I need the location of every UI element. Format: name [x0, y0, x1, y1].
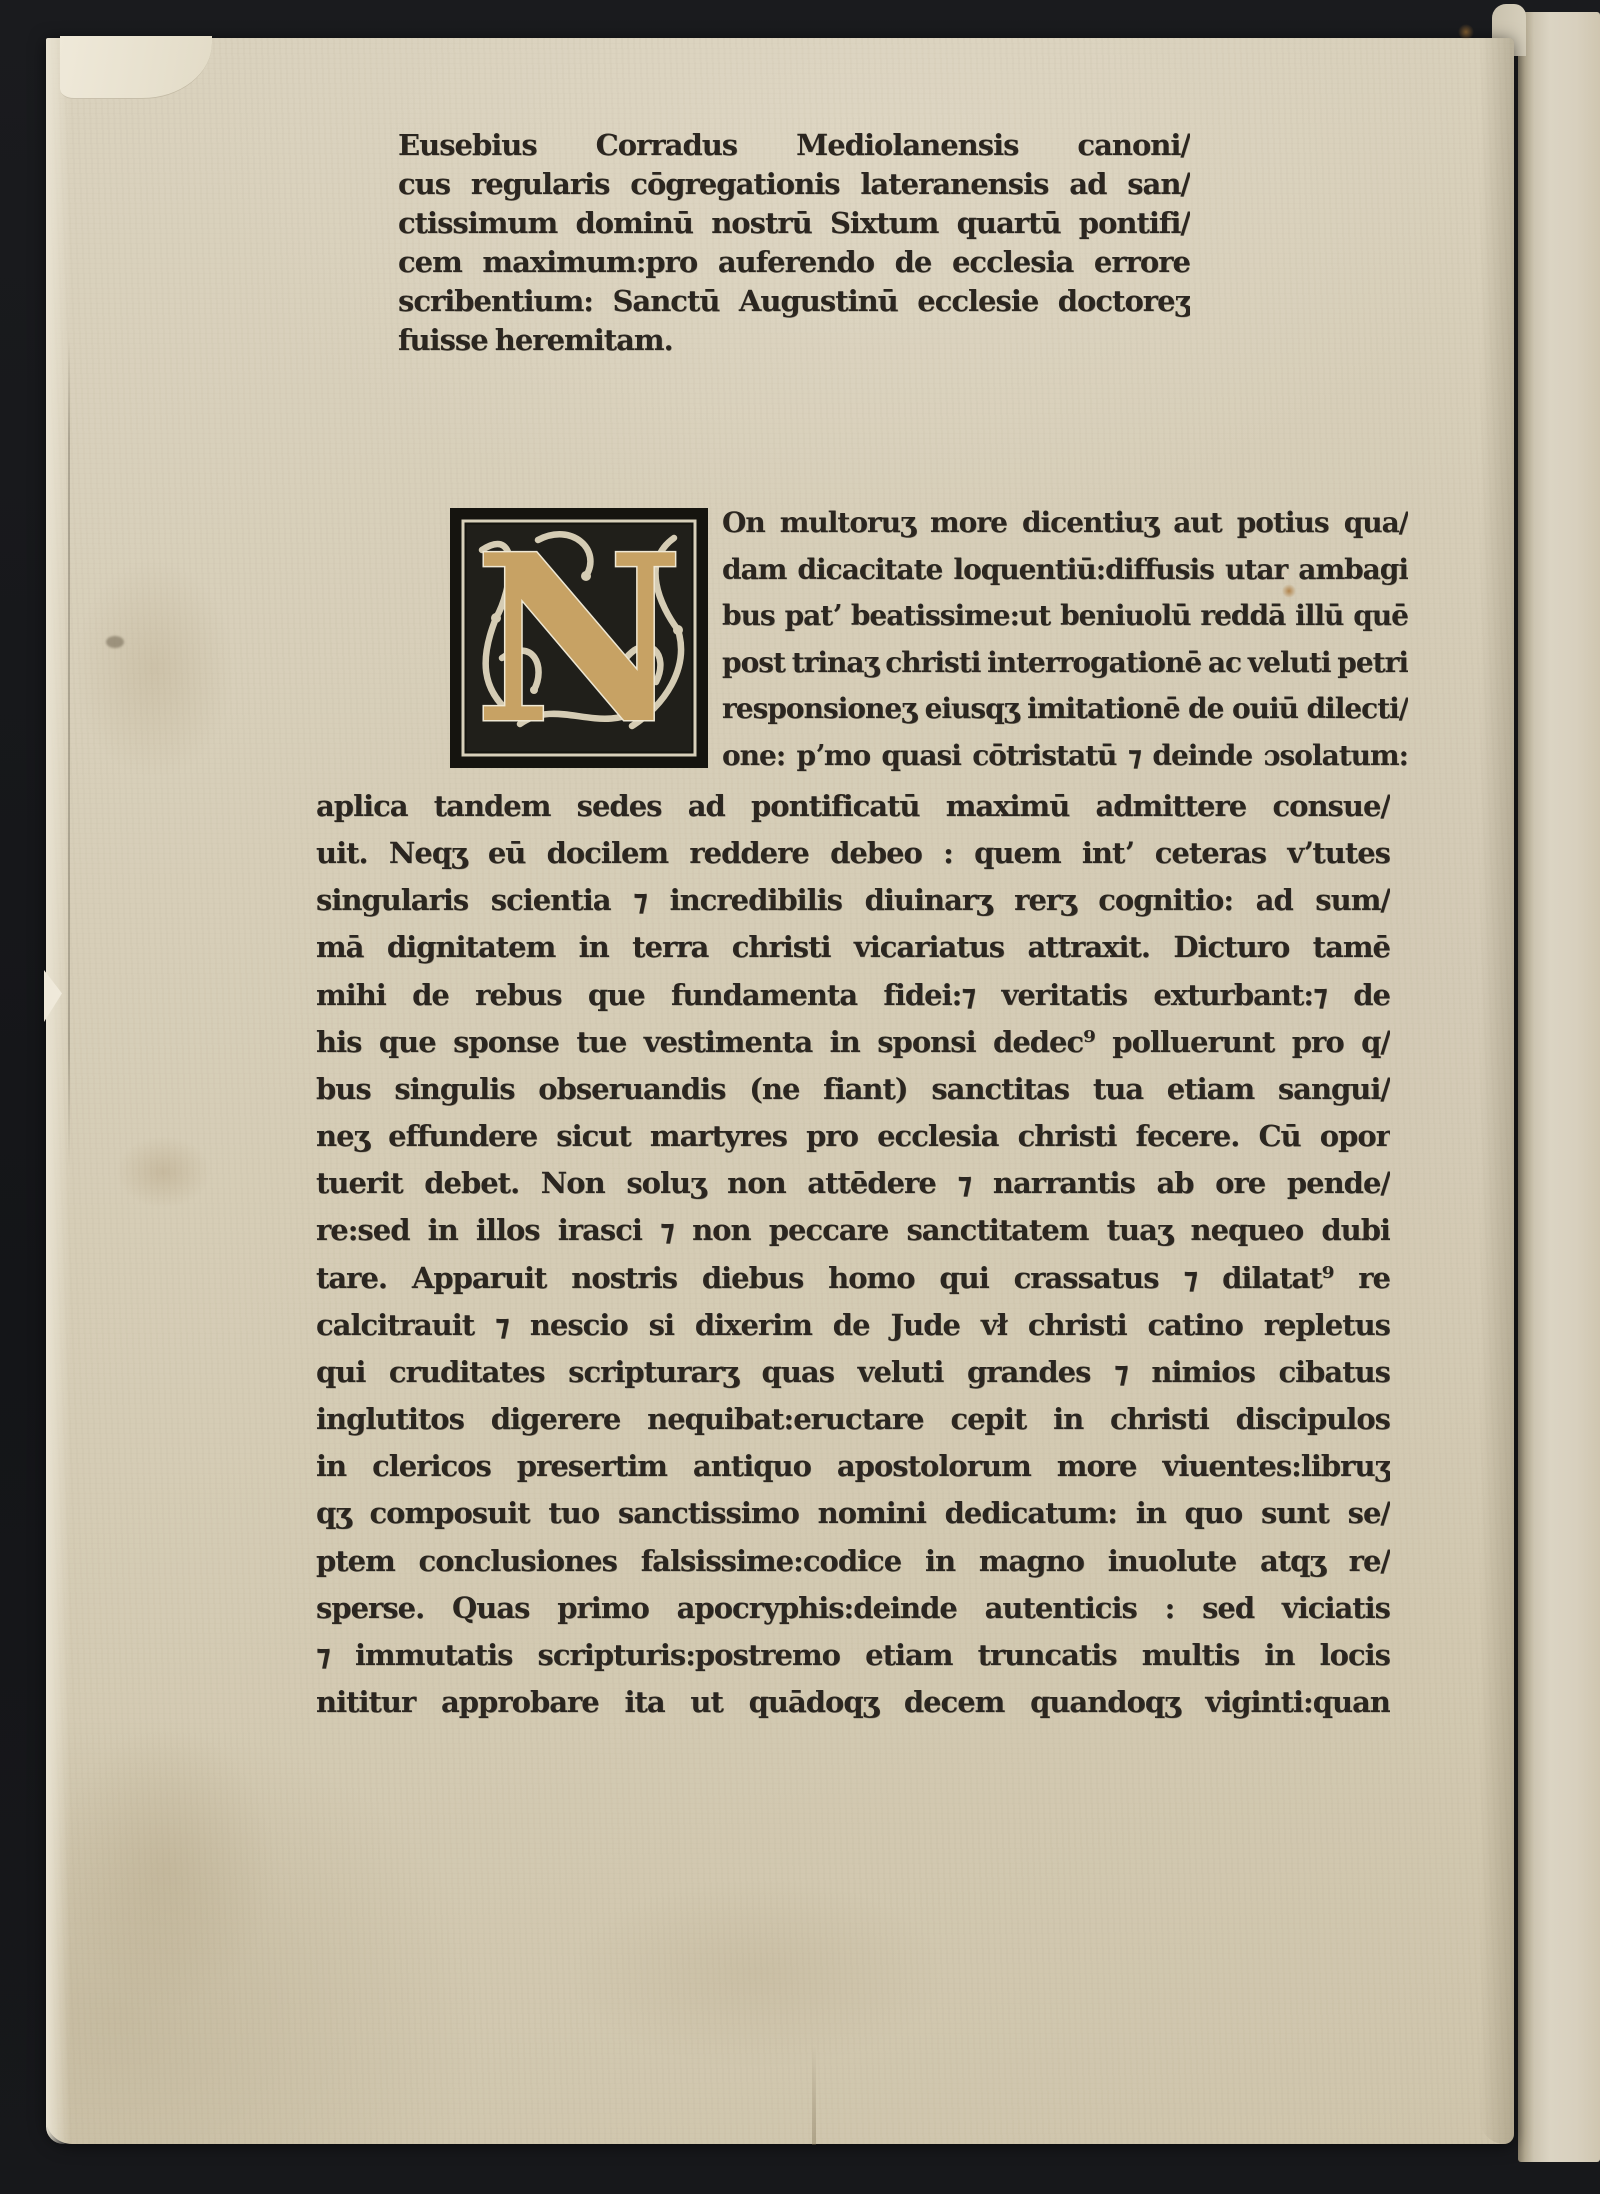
- text-line: bus singulis obseruandis (ne fiant) sanc…: [316, 1066, 1390, 1113]
- text-line: inglutitos digerere nequibat:eructare ce…: [316, 1396, 1390, 1443]
- text-line: neʒ effundere sicut martyres pro ecclesi…: [316, 1113, 1390, 1160]
- heading-line: ctissimum dominū nostrū Sixtum quartū po…: [398, 204, 1190, 243]
- text-line: sperse. Quas primo apocryphis:deinde aut…: [316, 1585, 1390, 1632]
- text-line: post trinaʒ christi interrogationē ac ve…: [722, 640, 1408, 687]
- bottom-crease: [812, 2045, 816, 2145]
- page-crease-line: [68, 338, 70, 1168]
- text-line: ptem conclusiones falsissime:codice in m…: [316, 1538, 1390, 1585]
- text-line: aplica tandem sedes ad pontificatū maxim…: [316, 783, 1390, 830]
- body-text: aplica tandem sedes ad pontificatū maxim…: [316, 783, 1390, 1726]
- heading-line: Eusebius Corradus Mediolanensis canoni/: [398, 126, 1190, 165]
- text-line: ⁊ immutatis scripturis:postremo etiam tr…: [316, 1632, 1390, 1679]
- text-line: one: pʼmo quasi cōtristatū ⁊ deinde ɔsol…: [722, 733, 1408, 780]
- paper-stain: [56, 1728, 276, 2008]
- torn-corner: [60, 36, 212, 99]
- heading-lines: Eusebius Corradus Mediolanensis canoni/c…: [398, 126, 1190, 321]
- initial-n-woodcut: N: [450, 508, 708, 768]
- book-fore-edge: [1518, 12, 1600, 2162]
- manuscript-page: Eusebius Corradus Mediolanensis canoni/c…: [46, 38, 1514, 2144]
- illuminated-initial: N: [450, 508, 708, 768]
- opening-lines: On multoruʒ more dicentiuʒ aut potius qu…: [722, 500, 1408, 779]
- paper-stain: [566, 1878, 946, 2068]
- text-line: his que sponse tue vestimenta in sponsi …: [316, 1019, 1390, 1066]
- scan-background: Eusebius Corradus Mediolanensis canoni/c…: [0, 0, 1600, 2194]
- paper-stain: [106, 636, 124, 648]
- text-line: tuerit debet. Non soluʒ non attēdere ⁊ n…: [316, 1160, 1390, 1207]
- text-line: uit. Neqʒ eū docilem reddere debeo : que…: [316, 830, 1390, 877]
- paper-stain: [74, 558, 234, 778]
- dedication-heading: Eusebius Corradus Mediolanensis canoni/c…: [398, 126, 1190, 360]
- text-line: tare. Apparuit nostris diebus homo qui c…: [316, 1255, 1390, 1302]
- paper-stain: [1458, 24, 1474, 40]
- heading-last-line: fuisse heremitam.: [398, 321, 1190, 360]
- text-line: mā dignitatem in terra christi vicariatu…: [316, 924, 1390, 971]
- text-line: dam dicacitate loquentiū:diffusis utar a…: [722, 547, 1408, 594]
- text-line: qʒ composuit tuo sanctissimo nomini dedi…: [316, 1490, 1390, 1537]
- paper-stain: [116, 1136, 211, 1208]
- text-line: singularis scientia ⁊ incredibilis diuin…: [316, 877, 1390, 924]
- text-line: On multoruʒ more dicentiuʒ aut potius qu…: [722, 500, 1408, 547]
- heading-line: cem maximum:pro auferendo de ecclesia er…: [398, 243, 1190, 282]
- text-line: bus patʼ beatissime:ut beniuolū reddā il…: [722, 593, 1408, 640]
- heading-line: scribentium: Sanctū Augustinū ecclesie d…: [398, 282, 1190, 321]
- edge-tear: [44, 970, 62, 1022]
- text-line: nititur approbare ita ut quādoqʒ decem q…: [316, 1679, 1390, 1726]
- initial-letter: N: [474, 508, 684, 768]
- text-line: mihi de rebus que fundamenta fidei:⁊ ver…: [316, 972, 1390, 1019]
- text-line: in clericos presertim antiquo apostoloru…: [316, 1443, 1390, 1490]
- text-line: qui cruditates scripturarʒ quas veluti g…: [316, 1349, 1390, 1396]
- text-line: responsioneʒ eiusqʒ imitationē de ouiū d…: [722, 686, 1408, 733]
- heading-line: cus regularis cōgregationis lateranensis…: [398, 165, 1190, 204]
- text-line: calcitrauit ⁊ nescio si dixerim de Jude …: [316, 1302, 1390, 1349]
- text-line: re:sed in illos irasci ⁊ non peccare san…: [316, 1207, 1390, 1254]
